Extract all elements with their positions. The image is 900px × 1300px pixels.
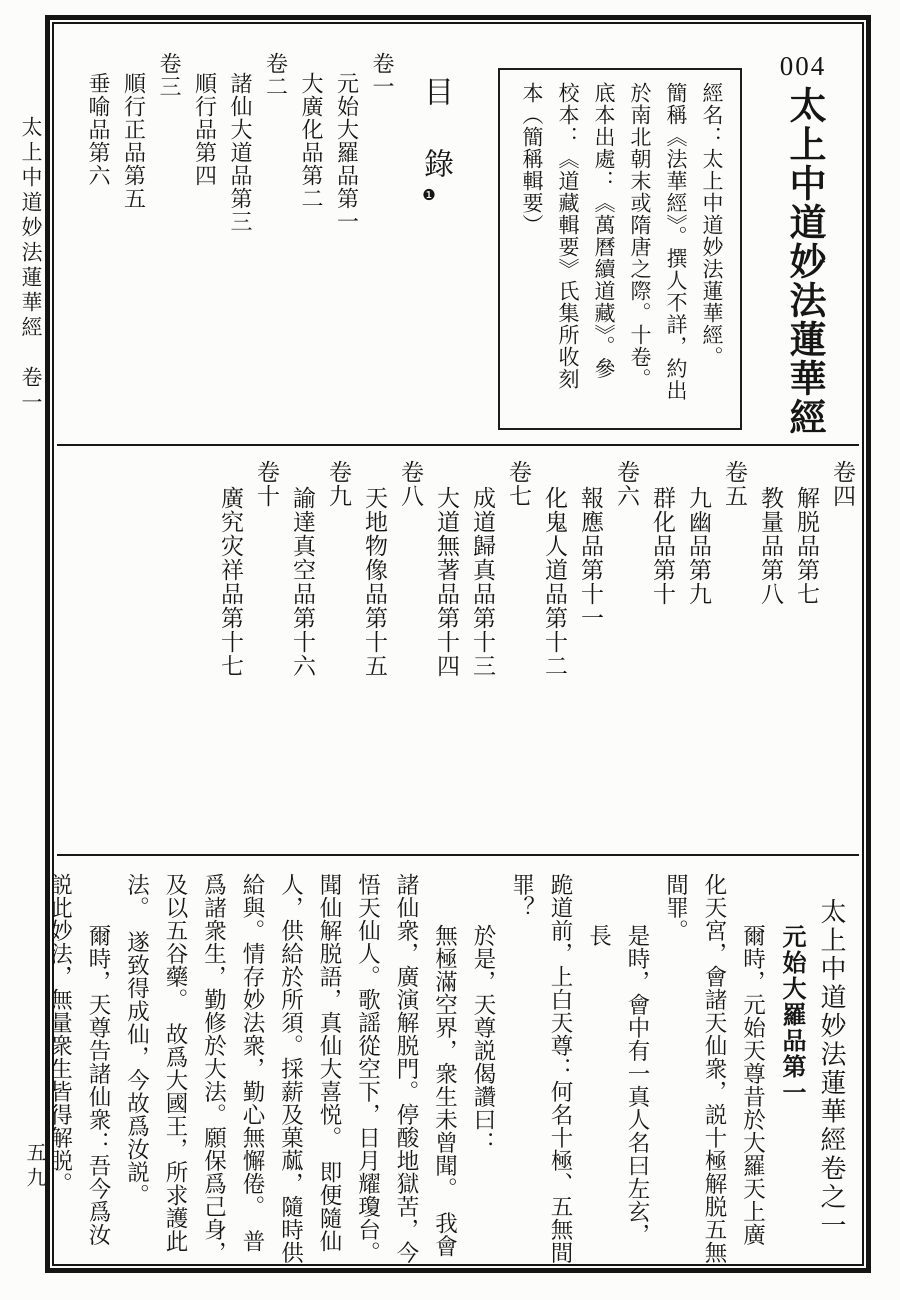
toc-entry: 化鬼人道品第十二 bbox=[536, 446, 572, 854]
toc-volume-label: 卷七 bbox=[500, 446, 536, 854]
toc-volume-label: 卷八 bbox=[392, 446, 428, 854]
toc-volume-label: 卷六 bbox=[608, 446, 644, 854]
inner-frame: 004 太上中道妙法蓮華經 經名：太上中道妙法蓮華經。 簡稱《法華經》。撰人不詳… bbox=[52, 22, 864, 1266]
body-text-column: 跪道前，上白天尊：何名十極、五無間 bbox=[541, 856, 580, 1264]
toc-volume-label: 卷三 bbox=[152, 24, 188, 444]
toc-volume-label: 卷一 bbox=[365, 24, 401, 444]
toc-entry: 諸仙大道品第三 bbox=[223, 24, 259, 444]
annotation-column: 校本：《道藏輯要》氏集所收刻 bbox=[550, 82, 586, 416]
annotation-column: 經名：太上中道妙法蓮華經。 bbox=[694, 82, 730, 416]
main-title: 太上中道妙法蓮華經 bbox=[776, 86, 830, 437]
body-text-column: 聞仙解脱語，真仙大喜悦。 即便隨仙 bbox=[310, 856, 349, 1264]
toc-heading: 目 錄❶ bbox=[402, 24, 468, 444]
body-chapter-title: 元始大羅品第一 bbox=[772, 856, 811, 1264]
body-text-column: 間罪。 bbox=[656, 856, 695, 1264]
toc-entry: 成道歸真品第十三 bbox=[464, 446, 500, 854]
toc-entry: 天地物像品第十五 bbox=[356, 446, 392, 854]
body-text-column: 爾時，天尊告諸仙衆：吾今爲汝 bbox=[79, 856, 118, 1264]
annotation-box: 經名：太上中道妙法蓮華經。 簡稱《法華經》。撰人不詳，約出 於南北朝末或隋唐之際… bbox=[498, 68, 742, 430]
toc-entry: 廣究灾祥品第十七 bbox=[212, 446, 248, 854]
section-body: 太上中道妙法蓮華經卷之一 元始大羅品第一 爾時，元始天尊昔於大羅天上廣 化天宮，… bbox=[54, 856, 862, 1264]
toc-entry: 群化品第十 bbox=[644, 446, 680, 854]
body-text-column: 爾時，元始天尊昔於大羅天上廣 bbox=[733, 856, 772, 1264]
masthead: 004 太上中道妙法蓮華經 bbox=[750, 24, 856, 439]
body-volume-title: 太上中道妙法蓮華經卷之一 bbox=[810, 856, 852, 1264]
body-text-column: 爲諸衆生，勤修於大法。願保爲己身， bbox=[194, 856, 233, 1264]
section-top: 004 太上中道妙法蓮華經 經名：太上中道妙法蓮華經。 簡稱《法華經》。撰人不詳… bbox=[54, 24, 862, 444]
toc-volume-label: 卷四 bbox=[824, 446, 860, 854]
body-text-column: 無極滿空界，衆生未曾聞。 我會 bbox=[425, 856, 464, 1264]
annotation-column: 本（簡稱輯要） bbox=[514, 82, 550, 416]
body-text-column: 法。 遂致得成仙，今故爲汝説。 bbox=[117, 856, 156, 1264]
margin-running-title: 太上中道妙法蓮華經 卷一 bbox=[16, 116, 46, 416]
body-text-column: 化天宮，會諸天仙衆，説十極解脱五無 bbox=[695, 856, 734, 1264]
annotation-column: 底本出處：《萬曆續道藏》。參 bbox=[586, 82, 622, 416]
toc-volume-label: 卷十 bbox=[248, 446, 284, 854]
body-text-column: 人，供給於所須。採薪及菓蓏，隨時供 bbox=[271, 856, 310, 1264]
toc-entry: 九幽品第九 bbox=[680, 446, 716, 854]
toc-volume-label: 卷二 bbox=[258, 24, 294, 444]
toc-entry: 諭達真空品第十六 bbox=[284, 446, 320, 854]
body-text-column: 於是，天尊説偈讚曰： bbox=[464, 856, 503, 1264]
toc-heading-text: 目 錄 bbox=[419, 76, 452, 184]
body-text-column: 説此妙法，無量衆生皆得解脱。 bbox=[54, 856, 79, 1264]
toc-entry: 解脱品第七 bbox=[788, 446, 824, 854]
toc-entry: 元始大羅品第一 bbox=[329, 24, 365, 444]
body-text-column: 悟天仙人。歌謡從空下，日月耀瓊台。 bbox=[348, 856, 387, 1264]
annotation-column: 簡稱《法華經》。撰人不詳，約出 bbox=[658, 82, 694, 416]
toc-entry: 大廣化品第二 bbox=[294, 24, 330, 444]
section-middle: 卷四 解脱品第七 教量品第八 卷五 九幽品第九 群化品第十 卷六 報應品第十一 … bbox=[54, 446, 862, 854]
toc-entry: 大道無著品第十四 bbox=[428, 446, 464, 854]
body-text-column: 給與。情存妙法衆，勤心無懈倦。 普 bbox=[233, 856, 272, 1264]
toc-volume-label: 卷九 bbox=[320, 446, 356, 854]
footnote-1-marker: ❶ bbox=[420, 186, 436, 204]
toc-entry: 報應品第十一 bbox=[572, 446, 608, 854]
toc-entry: 教量品第八 bbox=[752, 446, 788, 854]
body-text-column: 是時，會中有一真人名曰左玄，長 bbox=[579, 856, 656, 1264]
toc-entry: 垂喻品第六 bbox=[81, 24, 117, 444]
toc-entry: 順行正品第五 bbox=[116, 24, 152, 444]
body-text-column: 罪？ bbox=[502, 856, 541, 1264]
book-number: 004 bbox=[780, 52, 827, 82]
toc-entry: 順行品第四 bbox=[187, 24, 223, 444]
toc-volume-label: 卷五 bbox=[716, 446, 752, 854]
body-text-column: 及以五谷藥。 故爲大國王，所求護此 bbox=[156, 856, 195, 1264]
annotation-column: 於南北朝末或隋唐之際。十卷。 bbox=[622, 82, 658, 416]
body-text-column: 諸仙衆，廣演解脱門。停酸地獄苦，今 bbox=[387, 856, 426, 1264]
outer-frame: 004 太上中道妙法蓮華經 經名：太上中道妙法蓮華經。 簡稱《法華經》。撰人不詳… bbox=[45, 15, 871, 1273]
